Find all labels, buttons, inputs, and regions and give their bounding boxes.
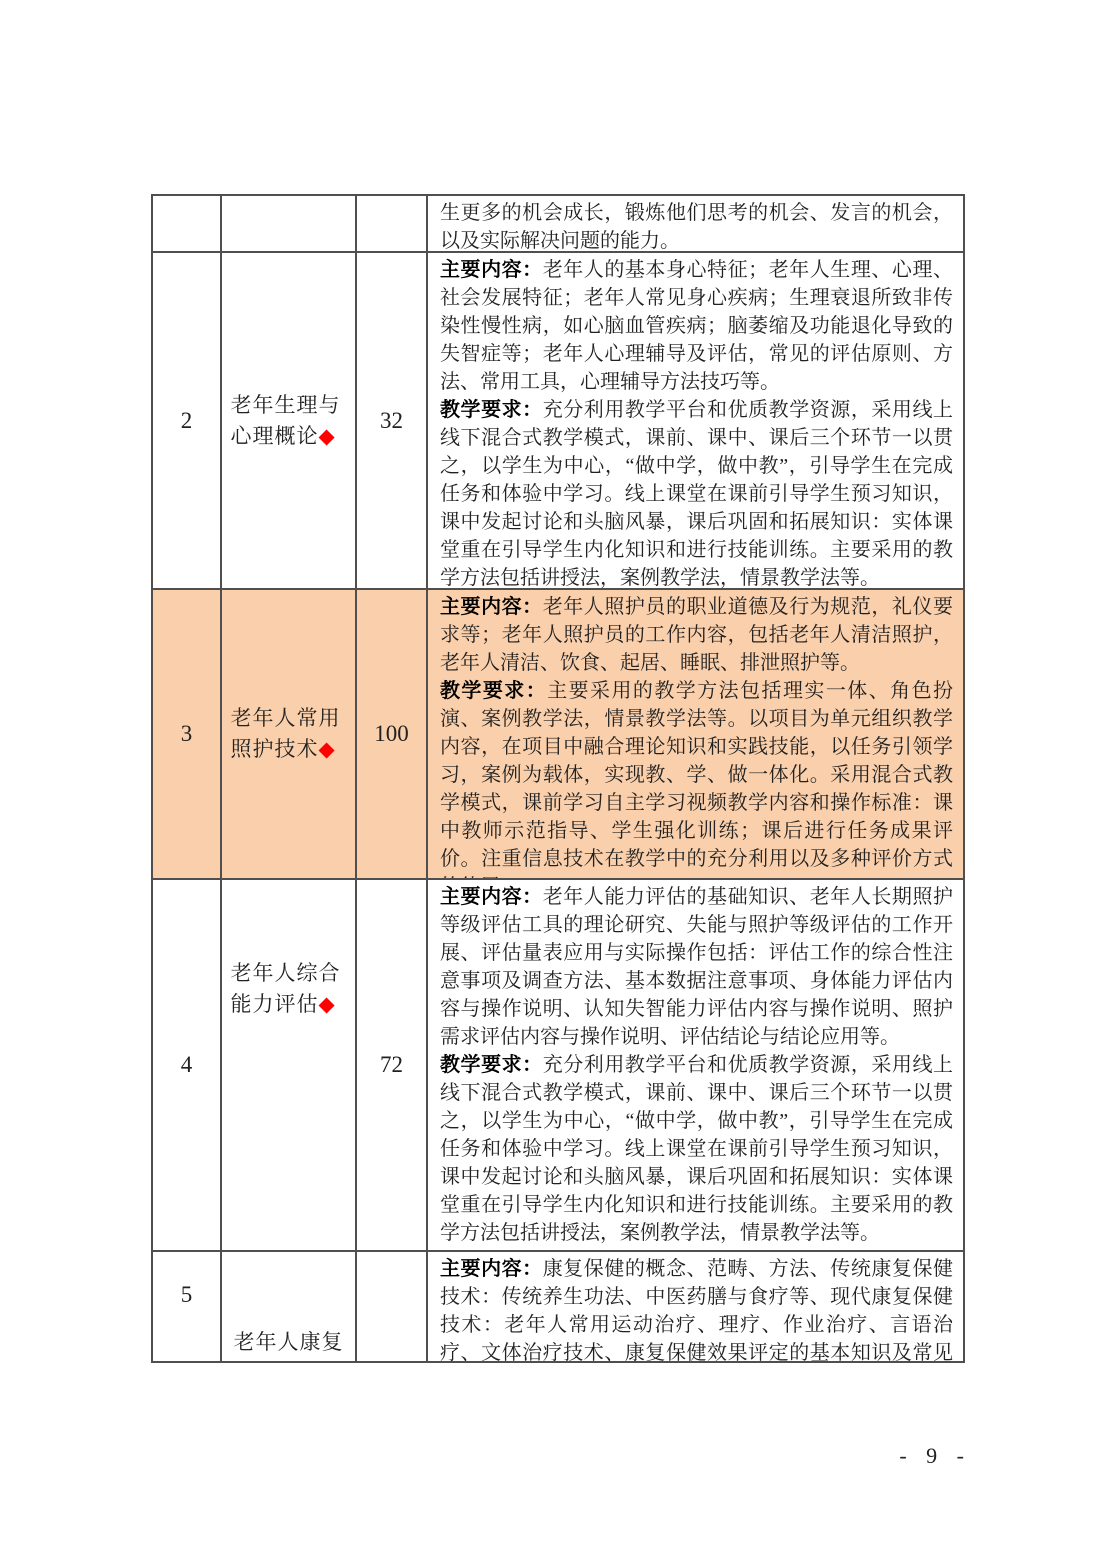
red-diamond-icon: ◆ (319, 424, 336, 448)
requirement-text: 充分利用教学平台和优质教学资源，采用线上线下混合式教学模式，课前、课中、课后三个… (440, 1054, 953, 1244)
row-number: 4 (181, 1052, 193, 1078)
table-row: 2 老年生理与心理概论◆ 32 主要内容：老年人的基本身心特征；老年人生理、心理… (153, 253, 965, 590)
course-hours-cell (357, 1252, 428, 1363)
content-paragraph: 主要内容：老年人照护员的职业道德及行为规范，礼仪要求等；老年人照护员的工作内容，… (440, 593, 953, 677)
content-paragraph: 主要内容：老年人能力评估的基础知识、老年人长期照护等级评估工具的理论研究、失能与… (440, 883, 953, 1051)
content-text: 生更多的机会成长，锻炼他们思考的机会、发言的机会，以及实际解决问题的能力。 (440, 202, 953, 252)
requirement-label: 教学要求： (440, 1054, 543, 1076)
course-description-cell: 主要内容：康复保健的概念、范畴、方法、传统康复保健技术：传统养生功法、中医药膳与… (428, 1252, 965, 1363)
course-name-cell: 老年人常用照护技术◆ (222, 590, 357, 880)
row-number-cell: 3 (153, 590, 222, 880)
curriculum-table: 生更多的机会成长，锻炼他们思考的机会、发言的机会，以及实际解决问题的能力。 2 … (151, 194, 965, 1363)
course-name-cell: 老年生理与心理概论◆ (222, 253, 357, 590)
red-diamond-icon: ◆ (319, 992, 336, 1016)
requirement-text: 主要采用的教学方法包括理实一体、角色扮演、案例教学法，情景教学法等。以项目为单元… (440, 680, 953, 880)
row-number: 5 (181, 1282, 193, 1308)
content-paragraph: 主要内容：老年人的基本身心特征；老年人生理、心理、社会发展特征；老年人常见身心疾… (440, 256, 953, 396)
content-paragraph: 生更多的机会成长，锻炼他们思考的机会、发言的机会，以及实际解决问题的能力。 (440, 199, 953, 253)
row-number-cell: 4 (153, 880, 222, 1252)
content-text: 老年人能力评估的基础知识、老年人长期照护等级评估工具的理论研究、失能与照护等级评… (440, 886, 953, 1048)
table-row-highlighted: 3 老年人常用照护技术◆ 100 主要内容：老年人照护员的职业道德及行为规范，礼… (153, 590, 965, 880)
requirement-paragraph: 教学要求：主要采用的教学方法包括理实一体、角色扮演、案例教学法，情景教学法等。以… (440, 677, 953, 880)
row-number-cell: 2 (153, 253, 222, 590)
course-name-cell: 老年人康复 (222, 1252, 357, 1363)
row-number: 3 (181, 721, 193, 747)
requirement-label: 教学要求： (440, 399, 543, 421)
requirement-label: 教学要求： (440, 680, 547, 702)
content-label: 主要内容： (440, 596, 543, 618)
course-hours-cell: 100 (357, 590, 428, 880)
content-label: 主要内容： (440, 886, 543, 908)
table-row: 4 老年人综合能力评估◆ 72 主要内容：老年人能力评估的基础知识、老年人长期照… (153, 880, 965, 1252)
requirement-paragraph: 教学要求：充分利用教学平台和优质教学资源，采用线上线下混合式教学模式，课前、课中… (440, 1051, 953, 1247)
row-number-cell: 5 (153, 1252, 222, 1363)
course-hours: 72 (380, 1052, 403, 1078)
content-label: 主要内容： (440, 1258, 543, 1280)
course-hours: 100 (374, 721, 409, 747)
course-hours-cell: 32 (357, 253, 428, 590)
row-number: 2 (181, 408, 193, 434)
content-paragraph: 主要内容：康复保健的概念、范畴、方法、传统康复保健技术：传统养生功法、中医药膳与… (440, 1255, 953, 1363)
requirement-text: 充分利用教学平台和优质教学资源，采用线上线下混合式教学模式，课前、课中、课后三个… (440, 399, 953, 589)
table-row: 生更多的机会成长，锻炼他们思考的机会、发言的机会，以及实际解决问题的能力。 (153, 196, 965, 253)
course-hours-cell: 72 (357, 880, 428, 1252)
course-description-cell: 主要内容：老年人的基本身心特征；老年人生理、心理、社会发展特征；老年人常见身心疾… (428, 253, 965, 590)
course-hours-cell (357, 196, 428, 253)
content-label: 主要内容： (440, 259, 543, 281)
course-description-cell: 生更多的机会成长，锻炼他们思考的机会、发言的机会，以及实际解决问题的能力。 (428, 196, 965, 253)
course-name-cell: 老年人综合能力评估◆ (222, 880, 357, 1252)
row-number-cell (153, 196, 222, 253)
course-hours: 32 (380, 408, 403, 434)
course-name: 老年人康复 (234, 1330, 344, 1354)
course-name-cell (222, 196, 357, 253)
table-row: 5 老年人康复 主要内容：康复保健的概念、范畴、方法、传统康复保健技术：传统养生… (153, 1252, 965, 1363)
page-number: - 9 - (899, 1443, 969, 1469)
course-description-cell: 主要内容：老年人照护员的职业道德及行为规范，礼仪要求等；老年人照护员的工作内容，… (428, 590, 965, 880)
requirement-paragraph: 教学要求：充分利用教学平台和优质教学资源，采用线上线下混合式教学模式，课前、课中… (440, 396, 953, 590)
red-diamond-icon: ◆ (319, 737, 336, 761)
course-description-cell: 主要内容：老年人能力评估的基础知识、老年人长期照护等级评估工具的理论研究、失能与… (428, 880, 965, 1252)
